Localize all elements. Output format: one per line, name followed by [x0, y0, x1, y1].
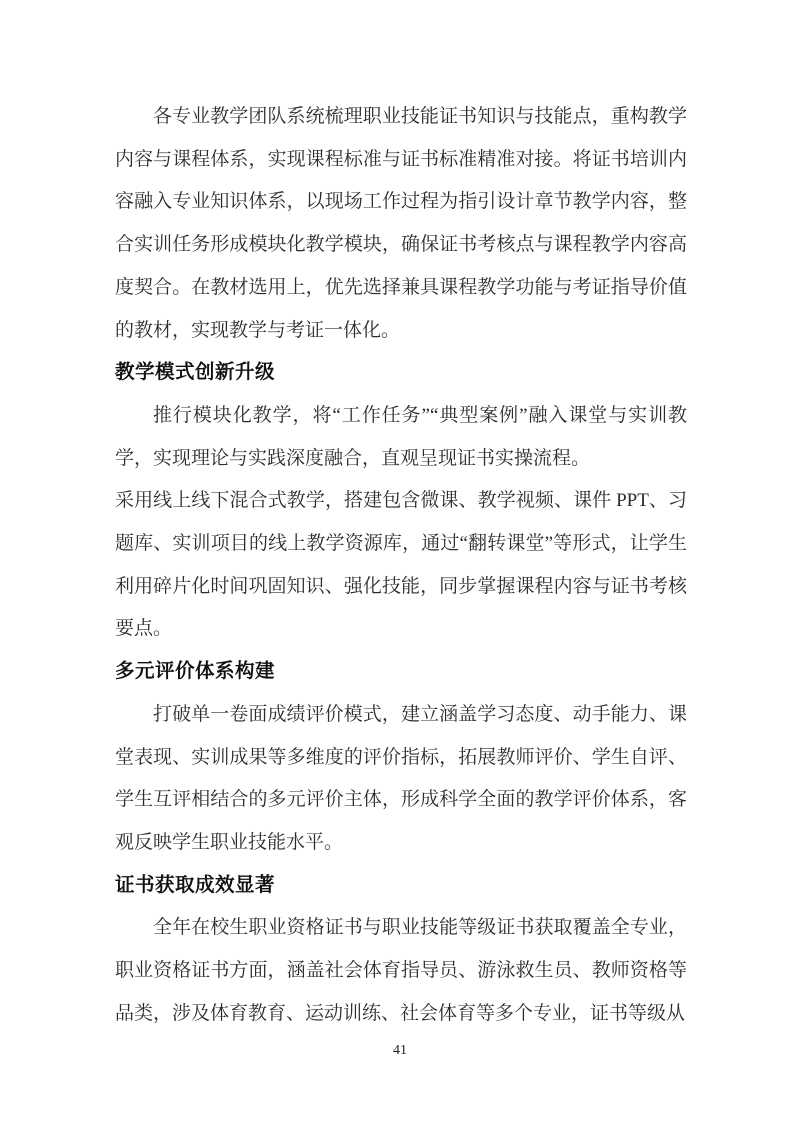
body-paragraph: 全年在校生职业资格证书与职业技能等级证书获取覆盖全专业，职业资格证书方面，涵盖社…	[115, 907, 687, 1035]
document-page: 各专业教学团队系统梳理职业技能证书知识与技能点，重构教学内容与课程体系，实现课程…	[0, 0, 800, 1131]
body-paragraph: 各专业教学团队系统梳理职业技能证书知识与技能点，重构教学内容与课程体系，实现课程…	[115, 96, 687, 352]
section-heading: 多元评价体系构建	[115, 651, 687, 694]
page-number: 41	[393, 1043, 407, 1058]
section-heading: 证书获取成效显著	[115, 865, 687, 908]
body-paragraph: 推行模块化教学，将“工作任务”“典型案例”融入课堂与实训教学，实现理论与实践深度…	[115, 395, 687, 480]
document-body: 各专业教学团队系统梳理职业技能证书知识与技能点，重构教学内容与课程体系，实现课程…	[115, 96, 687, 1035]
body-paragraph: 打破单一卷面成绩评价模式，建立涵盖学习态度、动手能力、课堂表现、实训成果等多维度…	[115, 694, 687, 865]
body-paragraph: 采用线上线下混合式教学，搭建包含微课、教学视频、课件 PPT、习题库、实训项目的…	[115, 480, 687, 651]
section-heading: 教学模式创新升级	[115, 352, 687, 395]
page-footer: 41	[0, 1041, 800, 1059]
